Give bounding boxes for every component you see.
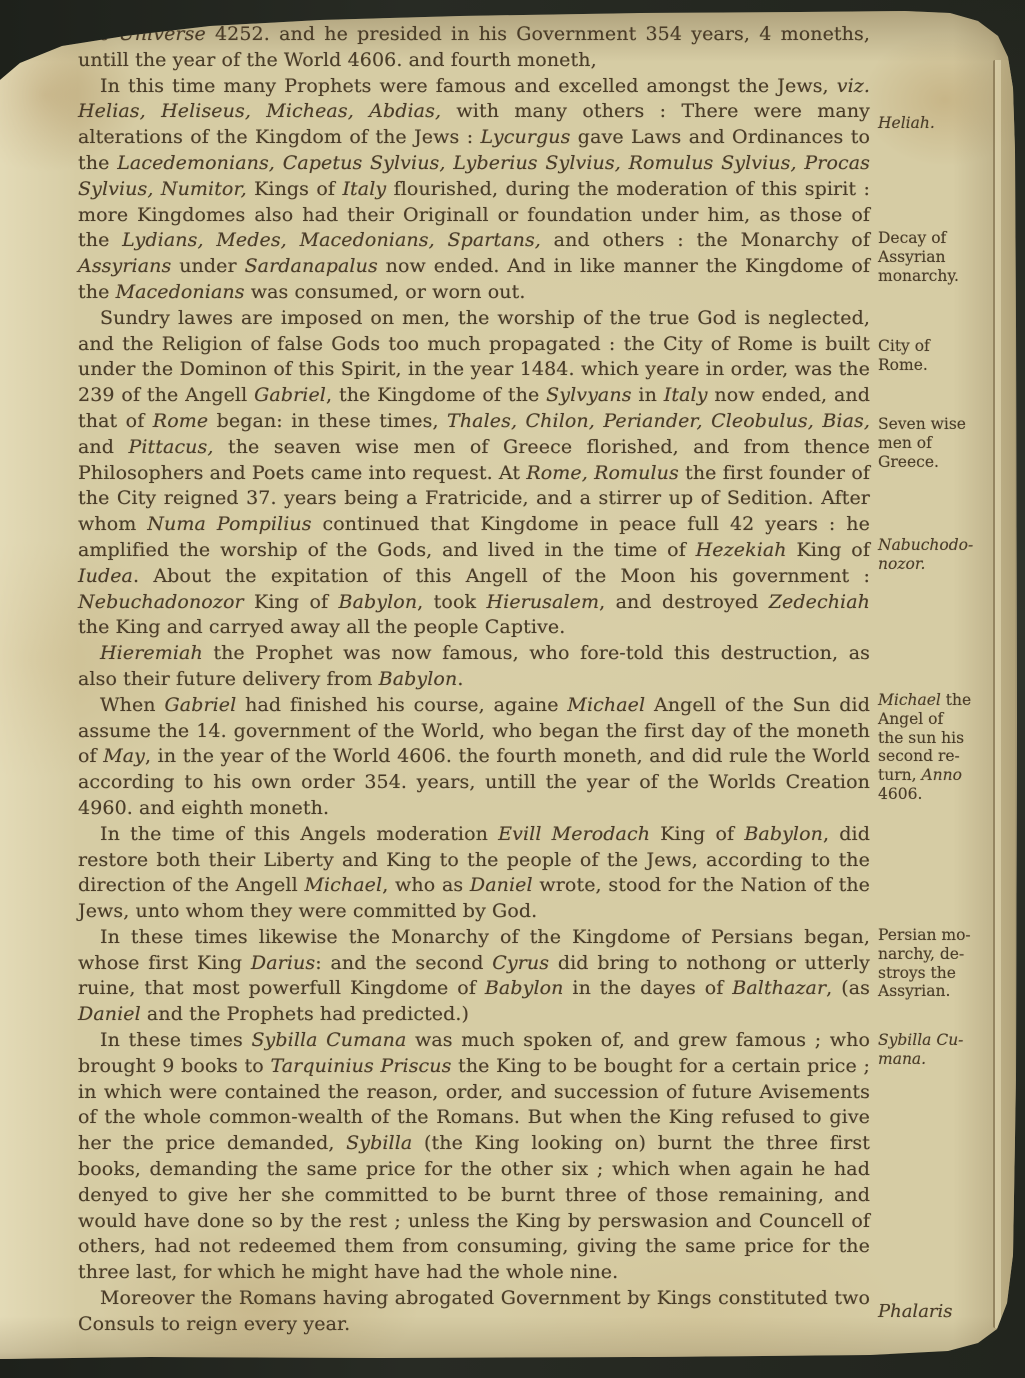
italic-text: mana. xyxy=(878,1050,926,1068)
italic-text: Daniel xyxy=(470,874,533,896)
margin-note: Nabuchodo-nozor. xyxy=(878,536,1000,574)
margin-note-line: Nabuchodo- xyxy=(878,536,1000,555)
italic-text: Helias, Heliseus, Micheas, Abdias, xyxy=(78,100,441,122)
italic-text: Sybilla Cu- xyxy=(878,1031,963,1049)
roman-text: and others : the Monarchy of xyxy=(541,229,870,251)
italic-text: Italy xyxy=(342,178,386,200)
paragraph: Moreover the Romans having abrogated Gov… xyxy=(78,1286,870,1338)
italic-text: viz. xyxy=(837,75,870,97)
roman-text: Rome. xyxy=(878,356,928,374)
margin-note-line: the sun his xyxy=(878,729,1000,748)
italic-text: Heliah. xyxy=(878,114,935,132)
roman-text: Greece. xyxy=(878,453,939,471)
italic-text: Anno xyxy=(921,766,962,784)
catchword: Phalaris xyxy=(878,1301,953,1322)
roman-text: men of xyxy=(878,434,932,452)
margin-note-line: second re- xyxy=(878,747,1000,766)
paragraph: In the time of this Angels moderation Ev… xyxy=(78,822,870,925)
margin-note-line: Angel of xyxy=(878,710,1000,729)
roman-text: 4606. xyxy=(878,785,922,803)
margin-note-line: Heliah. xyxy=(878,114,1000,133)
roman-text: , and destroyed xyxy=(599,591,769,613)
italic-text: Thales, Chilon, Periander, Cleobulus, Bi… xyxy=(447,410,870,432)
roman-text: In this time many Prophets were famous a… xyxy=(100,75,837,97)
paragraph: In these times Sybilla Cumana was much s… xyxy=(78,1028,870,1286)
italic-text: Pittacus, xyxy=(128,436,213,458)
roman-text: began: in these times, xyxy=(208,410,447,432)
roman-text: under xyxy=(171,255,244,277)
italic-text: Tarquinius Priscus xyxy=(270,1055,451,1077)
italic-text: Babylon xyxy=(744,823,823,845)
italic-text: Babylon xyxy=(339,591,418,613)
roman-text: Persian mo- xyxy=(878,926,971,944)
italic-text: Michael xyxy=(304,874,382,896)
italic-text: Hierusalem xyxy=(486,591,599,613)
roman-text: and xyxy=(78,436,128,458)
italic-text: Babylon xyxy=(485,977,564,999)
roman-text: King of xyxy=(244,591,339,613)
roman-text: Assyrian. xyxy=(878,982,950,1000)
roman-text: King of xyxy=(787,539,870,561)
italic-text: Hezekiah xyxy=(696,539,787,561)
roman-text: , took xyxy=(417,591,486,613)
italic-text: Zedechiah xyxy=(769,591,870,613)
margin-note-line: mana. xyxy=(878,1050,1000,1069)
margin-note-line: Seven wise xyxy=(878,415,1000,434)
roman-text: In these times xyxy=(100,1029,251,1051)
roman-text: Angel of xyxy=(878,710,943,728)
italic-text: Rome, Romulus xyxy=(526,462,679,484)
italic-text: Iudea xyxy=(78,565,133,587)
roman-text: , the Kingdome of the xyxy=(326,384,546,406)
italic-text: Michael xyxy=(878,691,941,709)
italic-text: Balthazar xyxy=(732,977,826,999)
margin-note-line: nozor. xyxy=(878,555,1000,574)
roman-text: , who as xyxy=(382,874,470,896)
margin-note-line: Sybilla Cu- xyxy=(878,1031,1000,1050)
roman-text: narchy, de- xyxy=(878,945,964,963)
italic-text: Gabriel xyxy=(164,694,236,716)
roman-text: Assyrian xyxy=(878,248,945,266)
roman-text: turn, xyxy=(878,766,921,784)
italic-text: Sybilla Cumana xyxy=(251,1029,406,1051)
roman-text: : and the second xyxy=(315,952,492,974)
roman-text: monarchy. xyxy=(878,267,959,285)
italic-text: Michael xyxy=(567,694,645,716)
italic-text: Babylon xyxy=(379,668,458,690)
italic-text: Cyrus xyxy=(492,952,549,974)
italic-text: Lydians, Medes, Macedonians, Spartans, xyxy=(122,229,541,251)
margin-note-line: Assyrian. xyxy=(878,982,1000,1001)
italic-text: Sardanapalus xyxy=(245,255,378,277)
italic-text: Rome xyxy=(153,410,208,432)
roman-text: When xyxy=(100,694,164,716)
roman-text: had finished his course, againe xyxy=(236,694,567,716)
margin-note-line: narchy, de- xyxy=(878,945,1000,964)
margin-note-line: Rome. xyxy=(878,356,1000,375)
italic-text: Hieremiah xyxy=(100,642,203,664)
italic-text: Evill Merodach xyxy=(498,823,650,845)
roman-text: King of xyxy=(650,823,744,845)
roman-text: in the dayes of xyxy=(564,977,733,999)
margin-note-line: Decay of xyxy=(878,229,1000,248)
margin-note-line: turn, Anno xyxy=(878,766,1000,785)
italic-text: Macedonians xyxy=(116,281,245,303)
margin-note-line: Michael the xyxy=(878,691,1000,710)
roman-text: Seven wise xyxy=(878,415,966,433)
italic-text: Nebuchadonozor xyxy=(78,591,244,613)
italic-text: Daniel xyxy=(78,1003,141,1025)
paragraph: When Gabriel had finished his course, ag… xyxy=(78,693,870,822)
roman-text: was consumed, or worn out. xyxy=(245,281,526,303)
roman-text: , (as xyxy=(826,977,870,999)
roman-text: . xyxy=(457,668,463,690)
roman-text: Moreover the Romans having abrogated Gov… xyxy=(78,1287,870,1335)
margin-note-line: Assyrian xyxy=(878,248,1000,267)
italic-text: Darius xyxy=(251,952,315,974)
book-page: the Universe 4252. and he presided in hi… xyxy=(0,0,1025,1378)
margin-note-line: Persian mo- xyxy=(878,926,1000,945)
italic-text: Assyrians xyxy=(78,255,171,277)
italic-text: Numa Pompilius xyxy=(147,513,311,535)
paragraph: the Universe 4252. and he presided in hi… xyxy=(78,22,870,74)
italic-text: Gabriel xyxy=(254,384,326,406)
roman-text: City of xyxy=(878,337,930,355)
margin-note: Persian mo-narchy, de-stroys theAssyrian… xyxy=(878,926,1000,1001)
margin-note: Seven wisemen ofGreece. xyxy=(878,415,1000,471)
margin-note: Sybilla Cu-mana. xyxy=(878,1031,1000,1069)
roman-text: in xyxy=(632,384,664,406)
italic-text: nozor. xyxy=(878,555,925,573)
roman-text: In the time of this Angels moderation xyxy=(100,823,498,845)
italic-text: Lycurgus xyxy=(481,126,571,148)
margin-note-line: men of xyxy=(878,434,1000,453)
roman-text: Decay of xyxy=(878,229,946,247)
margin-note: Michael theAngel ofthe sun hissecond re-… xyxy=(878,691,1000,804)
italic-text: Nabuchodo- xyxy=(878,536,973,554)
roman-text: the King and carryed away all the people… xyxy=(78,616,565,638)
roman-text: and the Prophets had predicted.) xyxy=(141,1003,469,1025)
paragraph: In these times likewise the Monarchy of … xyxy=(78,925,870,1028)
paragraph: Sundry lawes are imposed on men, the wor… xyxy=(78,306,870,641)
page-text-block: the Universe 4252. and he presided in hi… xyxy=(78,22,870,1338)
margin-note-line: monarchy. xyxy=(878,267,1000,286)
italic-text: Sylvyans xyxy=(546,384,631,406)
roman-text: the sun his xyxy=(878,729,964,747)
roman-text: , in the year of the World 4606. the fou… xyxy=(78,745,870,819)
margin-note-line: 4606. xyxy=(878,785,1000,804)
roman-text: Kings of xyxy=(247,178,343,200)
paragraph: In this time many Prophets were famous a… xyxy=(78,74,870,306)
margin-note: Heliah. xyxy=(878,114,1000,133)
margin-note: Decay ofAssyrianmonarchy. xyxy=(878,229,1000,285)
margin-note-line: stroys the xyxy=(878,964,1000,983)
italic-text: Italy xyxy=(664,384,708,406)
paragraph: Hieremiah the Prophet was now famous, wh… xyxy=(78,641,870,693)
roman-text: the xyxy=(941,691,971,709)
margin-note: City ofRome. xyxy=(878,337,1000,375)
italic-text: Universe xyxy=(119,23,206,45)
roman-text: the xyxy=(78,23,119,45)
roman-text: . About the expitation of this Angell of… xyxy=(133,565,870,587)
italic-text: May xyxy=(103,745,145,767)
italic-text: Sybilla xyxy=(346,1132,412,1154)
margin-note-line: Greece. xyxy=(878,453,1000,472)
roman-text: stroys the xyxy=(878,964,956,982)
margin-note-line: City of xyxy=(878,337,1000,356)
roman-text: (the King looking on) burnt the three fi… xyxy=(78,1132,870,1283)
roman-text: second re- xyxy=(878,747,960,765)
